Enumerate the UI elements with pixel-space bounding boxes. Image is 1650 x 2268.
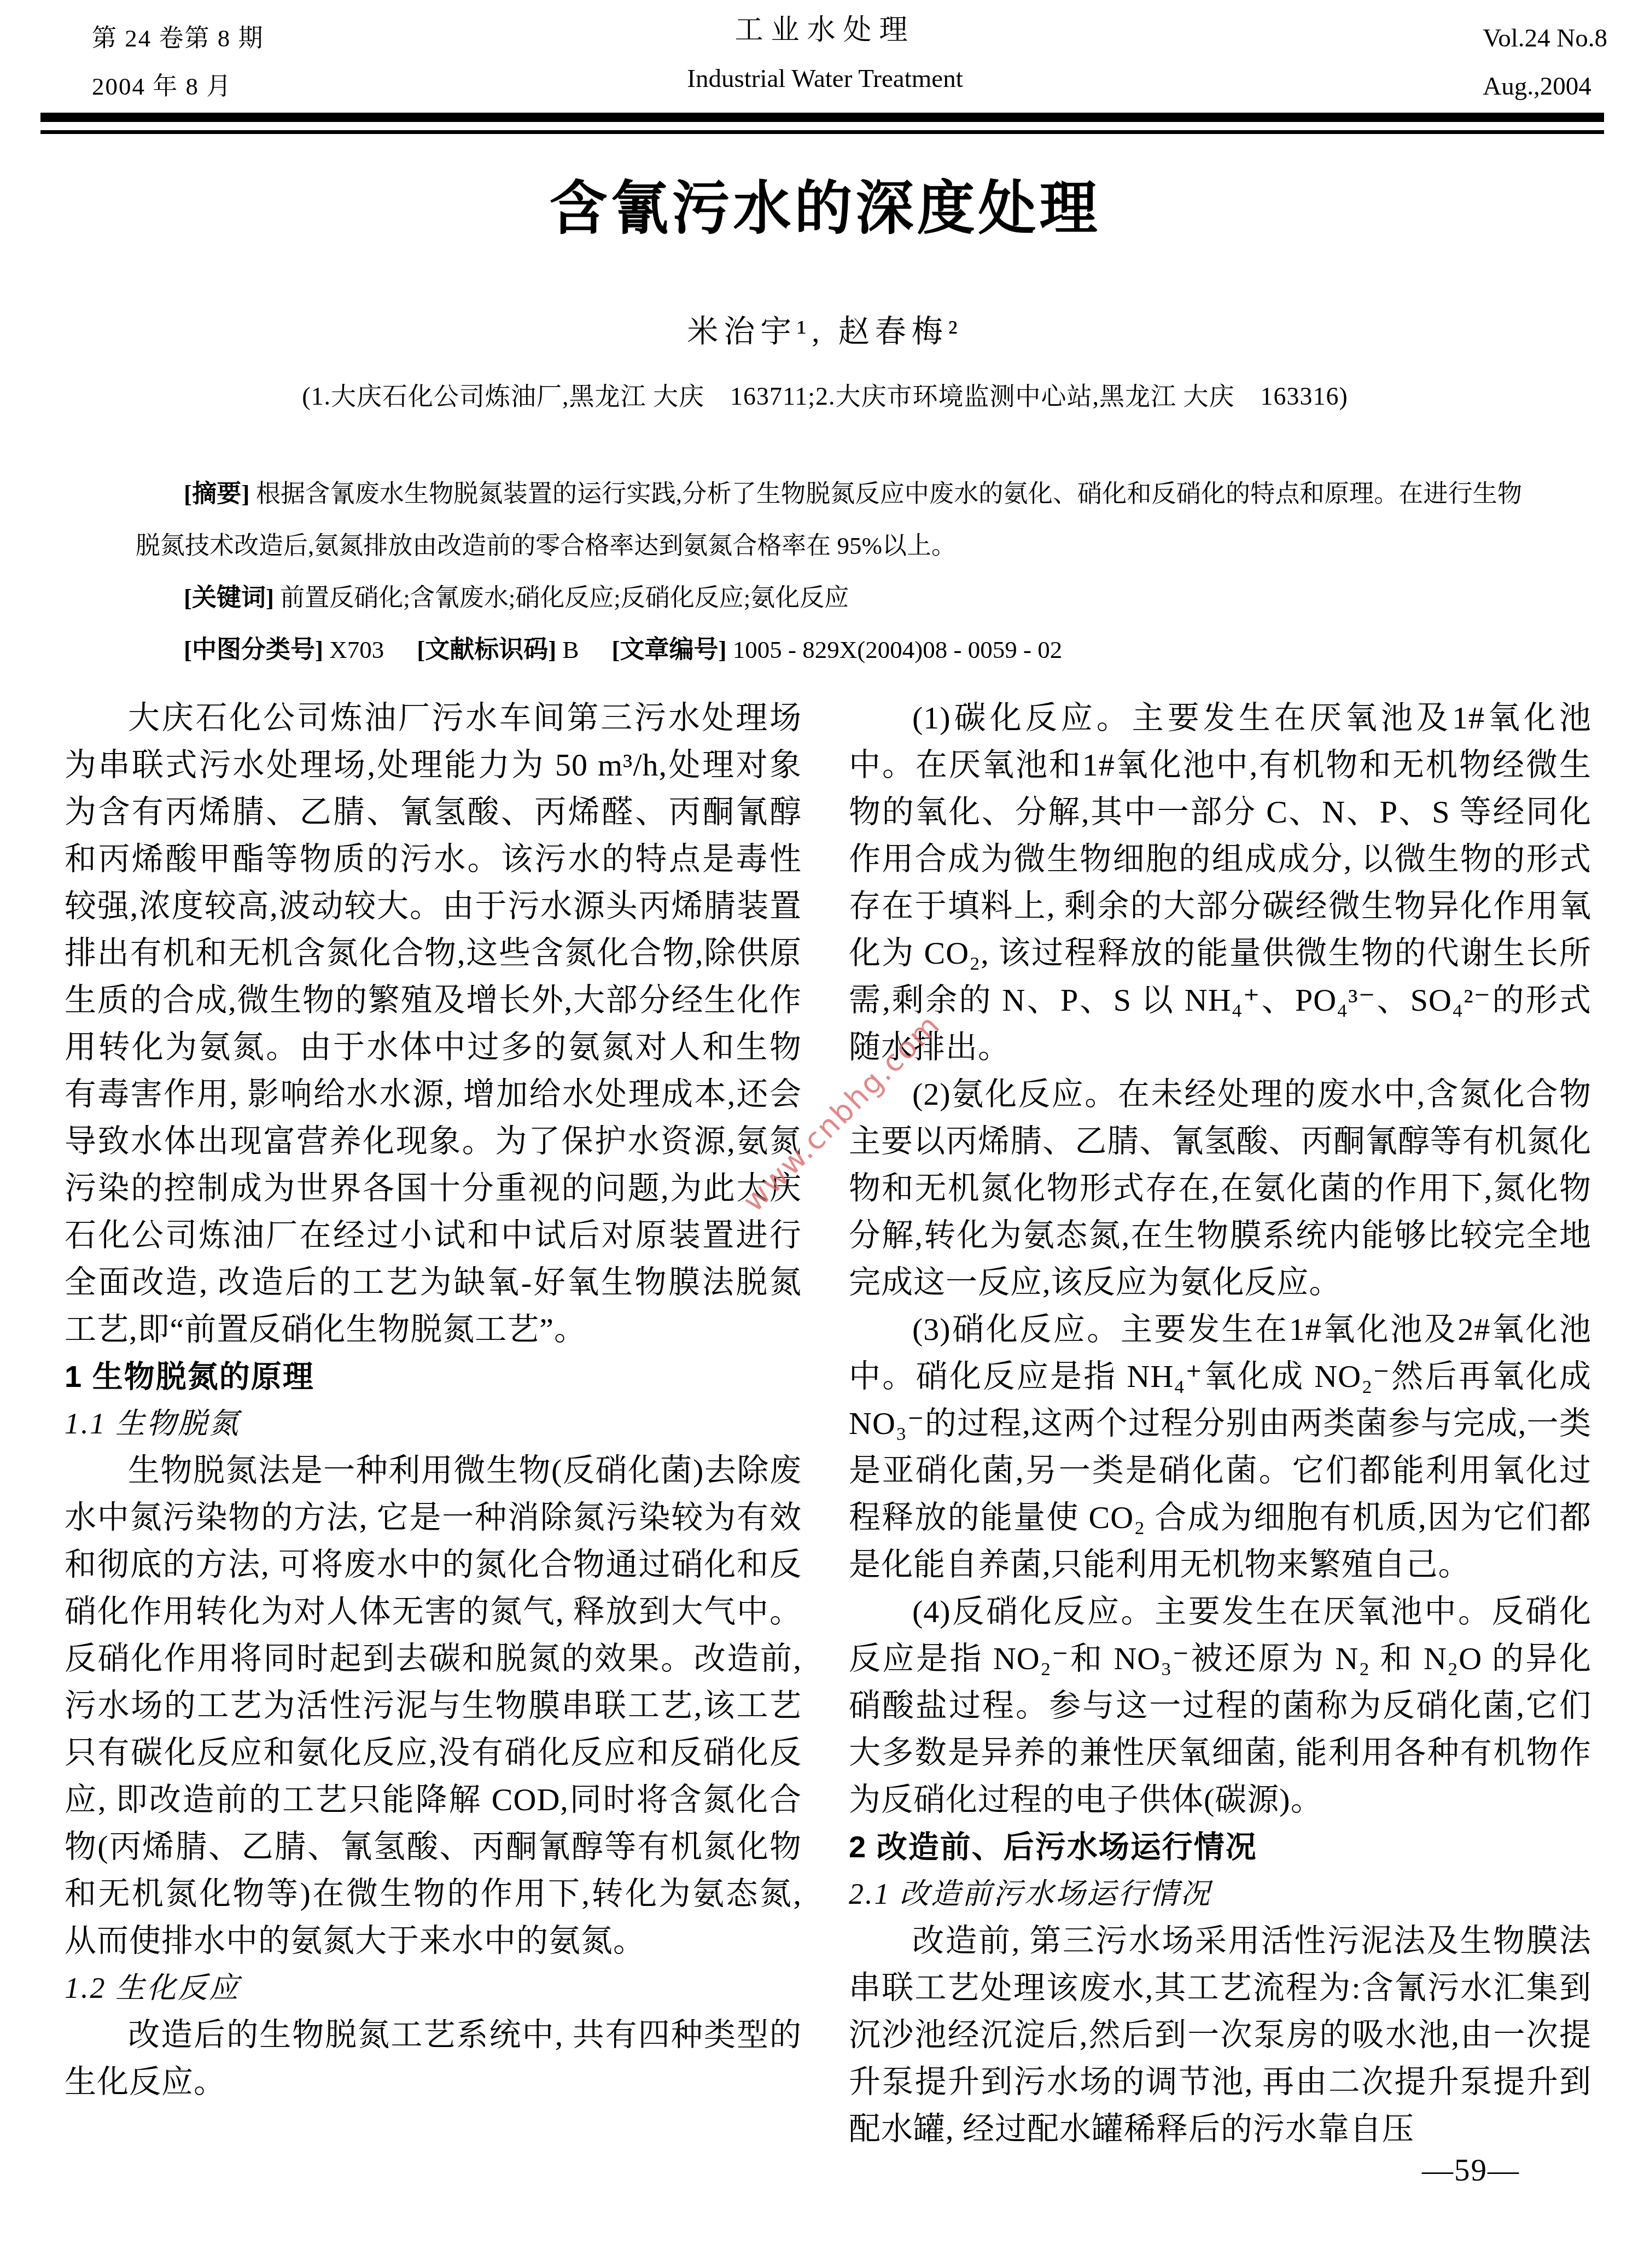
article-no-label: [文章编号] <box>611 636 726 663</box>
doc-code-value: B <box>562 636 579 663</box>
doc-code-label: [文献标识码] <box>417 636 556 663</box>
article-no-value: 1005 - 829X(2004)08 - 0059 - 02 <box>733 636 1062 663</box>
body-column-left: 大庆石化公司炼油厂污水车间第三污水处理场为串联式污水处理场,处理能力为 50 m… <box>65 695 802 2106</box>
header-rule-thick <box>40 113 1604 122</box>
nitrification-paragraph: (3)硝化反应。主要发生在1#氧化池及2#氧化池中。硝化反应是指 NH₄⁺氧化成… <box>849 1306 1591 1588</box>
denitrification-paragraph: (4)反硝化反应。主要发生在厌氧池中。反硝化反应是指 NO₂⁻和 NO₃⁻被还原… <box>849 1588 1591 1823</box>
header-rule-thin <box>40 130 1604 134</box>
section-1-2-paragraph: 改造后的生物脱氮工艺系统中, 共有四种类型的生化反应。 <box>65 2012 802 2106</box>
section-2-heading: 2 改造前、后污水场运行情况 <box>849 1823 1591 1870</box>
clc-label: [中图分类号] <box>184 636 323 663</box>
header-issue-en: Vol.24 No.8 Aug.,2004 <box>1483 14 1607 110</box>
classification-paragraph: [中图分类号] X703[文献标识码] B[文章编号] 1005 - 829X(… <box>136 624 1522 676</box>
journal-title-en: Industrial Water Treatment <box>0 62 1650 95</box>
page-number: —59— <box>1422 2153 1520 2188</box>
abstract-paragraph: [摘要] 根据含氰废水生物脱氮装置的运行实践,分析了生物脱氮反应中废水的氨化、硝… <box>136 468 1522 572</box>
intro-paragraph: 大庆石化公司炼油厂污水车间第三污水处理场为串联式污水处理场,处理能力为 50 m… <box>65 695 802 1353</box>
body-column-right: (1)碳化反应。主要发生在厌氧池及1#氧化池中。在厌氧池和1#氧化池中,有机物和… <box>849 695 1591 2153</box>
keywords-label: [关键词] <box>184 584 274 611</box>
section-1-1-heading: 1.1 生物脱氮 <box>65 1400 802 1447</box>
section-1-2-heading: 1.2 生化反应 <box>65 1964 802 2012</box>
section-1-heading: 1 生物脱氮的原理 <box>65 1353 802 1400</box>
article-authors: 米治宇¹, 赵春梅² <box>0 306 1650 351</box>
scanned-paper-page: 第 24 卷第 8 期 2004 年 8 月 工业水处理 Industrial … <box>0 0 1650 2268</box>
abstract-text: 根据含氰废水生物脱氮装置的运行实践,分析了生物脱氮反应中废水的氨化、硝化和反硝化… <box>136 480 1522 559</box>
article-affiliation: (1.大庆石化公司炼油厂,黑龙江 大庆 163711;2.大庆市环境监测中心站,… <box>0 376 1650 412</box>
journal-title-cn: 工业水处理 <box>0 14 1650 47</box>
keywords-text: 前置反硝化;含氰废水;硝化反应;反硝化反应;氨化反应 <box>280 584 849 611</box>
clc-value: X703 <box>329 636 384 663</box>
section-2-1-heading: 2.1 改造前污水场运行情况 <box>849 1870 1591 1917</box>
abstract-label: [摘要] <box>184 480 250 508</box>
date-en: Aug.,2004 <box>1483 62 1607 110</box>
section-2-1-paragraph: 改造前, 第三污水场采用活性污泥法及生物膜法串联工艺处理该废水,其工艺流程为:含… <box>849 1917 1591 2153</box>
article-title: 含氰污水的深度处理 <box>0 162 1650 245</box>
section-1-1-paragraph: 生物脱氮法是一种利用微生物(反硝化菌)去除废水中氮污染物的方法, 它是一种消除氮… <box>65 1447 802 1964</box>
volume-issue-en: Vol.24 No.8 <box>1483 14 1607 62</box>
ammonification-paragraph: (2)氨化反应。在未经处理的废水中,含氮化合物主要以丙烯腈、乙腈、氰氢酸、丙酮氰… <box>849 1071 1591 1306</box>
abstract-block: [摘要] 根据含氰废水生物脱氮装置的运行实践,分析了生物脱氮反应中废水的氨化、硝… <box>136 468 1522 676</box>
header-journal-title: 工业水处理 Industrial Water Treatment <box>0 14 1650 95</box>
keywords-paragraph: [关键词] 前置反硝化;含氰废水;硝化反应;反硝化反应;氨化反应 <box>136 572 1522 624</box>
carbonization-paragraph: (1)碳化反应。主要发生在厌氧池及1#氧化池中。在厌氧池和1#氧化池中,有机物和… <box>849 695 1591 1071</box>
